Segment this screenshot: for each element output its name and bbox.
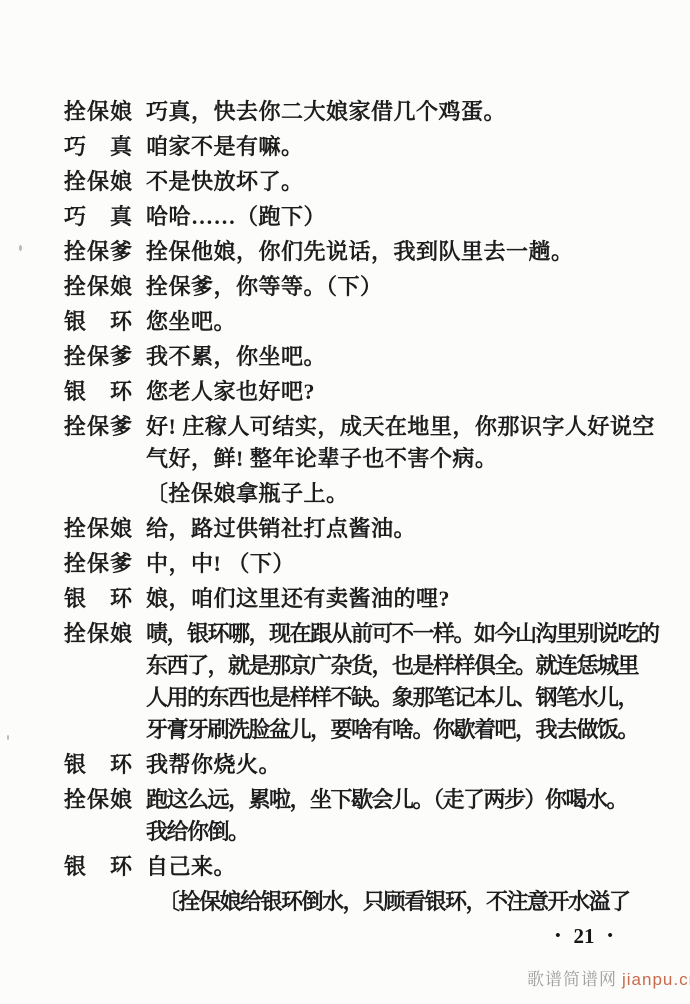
dialogue-row: 拴保娘拴保爹，你等等。（下） <box>64 271 652 303</box>
watermark-site-name: 歌谱简谱网 <box>527 970 617 989</box>
stage-direction-text: 〔拴保娘给银环倒水，只顾看银环，不注意开水溢了 <box>146 886 652 918</box>
dialogue-text: 您老人家也好吧? <box>146 376 652 408</box>
dialogue-text: 拴保爹，你等等。（下） <box>146 271 652 303</box>
speaker-name: 拴保爹 <box>64 236 146 268</box>
dialogue-text: 巧真，快去你二大娘家借几个鸡蛋。 <box>146 96 652 128</box>
text-line: 巧真，快去你二大娘家借几个鸡蛋。 <box>146 96 652 128</box>
text-line: 〔拴保娘拿瓶子上。 <box>146 478 652 510</box>
dialogue-row: 拴保娘跑这么远，累啦，坐下歇会儿。（走了两步）你喝水。我给你倒。 <box>64 784 652 848</box>
page-number-dot-left: • <box>555 926 560 947</box>
dialogue-text: 哈哈……（跑下） <box>146 201 652 233</box>
text-line: 我帮你烧火。 <box>146 749 652 781</box>
dialogue-text: 中，中! （下） <box>146 548 652 580</box>
dialogue-row: 拴保爹我不累，你坐吧。 <box>64 341 652 373</box>
dialogue-text: 不是快放坏了。 <box>146 166 652 198</box>
dialogue-row: 拴保娘给，路过供销社打点酱油。 <box>64 513 652 545</box>
dialogue-text: 您坐吧。 <box>146 306 652 338</box>
dialogue-row: 巧 真哈哈……（跑下） <box>64 201 652 233</box>
text-line: 娘，咱们这里还有卖酱油的哩? <box>146 583 652 615</box>
text-line: 我不累，你坐吧。 <box>146 341 652 373</box>
text-line: 〔拴保娘给银环倒水，只顾看银环，不注意开水溢了 <box>146 886 652 918</box>
watermark-site-url: jianpu.cn <box>622 970 690 989</box>
dialogue-row: 拴保娘啧，银环哪，现在跟从前可不一样。如今山沟里别说吃的东西了，就是那京广杂货，… <box>64 618 652 746</box>
text-line: 拴保爹，你等等。（下） <box>146 271 652 303</box>
script-body: 拴保娘巧真，快去你二大娘家借几个鸡蛋。巧 真咱家不是有嘛。拴保娘不是快放坏了。巧… <box>64 96 652 921</box>
dialogue-row: 拴保娘不是快放坏了。 <box>64 166 652 198</box>
dialogue-text: 给，路过供销社打点酱油。 <box>146 513 652 545</box>
dialogue-text: 拴保他娘，你们先说话，我到队里去一趟。 <box>146 236 652 268</box>
dialogue-row: 巧 真咱家不是有嘛。 <box>64 131 652 163</box>
dialogue-text: 娘，咱们这里还有卖酱油的哩? <box>146 583 652 615</box>
text-line: 人用的东西也是样样不缺。象那笔记本儿、钢笔水儿， <box>146 682 652 714</box>
dialogue-row: 拴保爹拴保他娘，你们先说话，我到队里去一趟。 <box>64 236 652 268</box>
dialogue-row: 银 环您老人家也好吧? <box>64 376 652 408</box>
text-line: 哈哈……（跑下） <box>146 201 652 233</box>
text-line: 气好，鲜! 整年论辈子也不害个病。 <box>146 443 652 475</box>
speaker-name: 银 环 <box>64 583 146 615</box>
text-line: 自己来。 <box>146 851 652 883</box>
speaker-name: 拴保娘 <box>64 271 146 303</box>
text-line: 牙膏牙刷洗脸盆儿，要啥有啥。你歇着吧，我去做饭。 <box>146 714 652 746</box>
speaker-name: 拴保娘 <box>64 96 146 128</box>
dialogue-text: 我不累，你坐吧。 <box>146 341 652 373</box>
page-number: • 21 • <box>534 924 634 949</box>
text-line: 好! 庄稼人可结实，成天在地里，你那识字人好说空 <box>146 411 652 443</box>
dialogue-text: 我帮你烧火。 <box>146 749 652 781</box>
page-number-value: 21 <box>574 924 595 949</box>
speaker-name: 拴保爹 <box>64 341 146 373</box>
dialogue-row: 拴保娘巧真，快去你二大娘家借几个鸡蛋。 <box>64 96 652 128</box>
dialogue-text: 啧，银环哪，现在跟从前可不一样。如今山沟里别说吃的东西了，就是那京广杂货，也是样… <box>146 618 652 746</box>
stage-direction-row: 〔拴保娘给银环倒水，只顾看银环，不注意开水溢了 <box>64 886 652 918</box>
stage-direction-row: 〔拴保娘拿瓶子上。 <box>64 478 652 510</box>
scan-speck <box>7 735 9 740</box>
dialogue-text: 跑这么远，累啦，坐下歇会儿。（走了两步）你喝水。我给你倒。 <box>146 784 652 848</box>
text-line: 您坐吧。 <box>146 306 652 338</box>
speaker-name: 拴保娘 <box>64 513 146 545</box>
speaker-name: 拴保爹 <box>64 548 146 580</box>
text-line: 给，路过供销社打点酱油。 <box>146 513 652 545</box>
scanned-page: 拴保娘巧真，快去你二大娘家借几个鸡蛋。巧 真咱家不是有嘛。拴保娘不是快放坏了。巧… <box>0 0 690 1004</box>
speaker-name: 拴保爹 <box>64 411 146 443</box>
dialogue-text: 自己来。 <box>146 851 652 883</box>
text-line: 您老人家也好吧? <box>146 376 652 408</box>
text-line: 我给你倒。 <box>146 816 652 848</box>
page-number-dot-right: • <box>608 926 613 947</box>
speaker-name: 银 环 <box>64 749 146 781</box>
speaker-name: 拴保娘 <box>64 618 146 650</box>
speaker-name: 银 环 <box>64 306 146 338</box>
text-line: 拴保他娘，你们先说话，我到队里去一趟。 <box>146 236 652 268</box>
text-line: 跑这么远，累啦，坐下歇会儿。（走了两步）你喝水。 <box>146 784 652 816</box>
dialogue-row: 拴保爹好! 庄稼人可结实，成天在地里，你那识字人好说空气好，鲜! 整年论辈子也不… <box>64 411 652 475</box>
speaker-name: 巧 真 <box>64 131 146 163</box>
text-line: 不是快放坏了。 <box>146 166 652 198</box>
speaker-name: 巧 真 <box>64 201 146 233</box>
scan-speck <box>19 245 22 251</box>
text-line: 中，中! （下） <box>146 548 652 580</box>
dialogue-row: 拴保爹中，中! （下） <box>64 548 652 580</box>
text-line: 东西了，就是那京广杂货，也是样样俱全。就连恁城里 <box>146 650 652 682</box>
text-line: 啧，银环哪，现在跟从前可不一样。如今山沟里别说吃的 <box>146 618 652 650</box>
dialogue-row: 银 环自己来。 <box>64 851 652 883</box>
dialogue-row: 银 环娘，咱们这里还有卖酱油的哩? <box>64 583 652 615</box>
stage-direction-text: 〔拴保娘拿瓶子上。 <box>146 478 652 510</box>
speaker-name: 银 环 <box>64 376 146 408</box>
speaker-name: 拴保娘 <box>64 784 146 816</box>
text-line: 咱家不是有嘛。 <box>146 131 652 163</box>
speaker-name: 银 环 <box>64 851 146 883</box>
dialogue-row: 银 环我帮你烧火。 <box>64 749 652 781</box>
dialogue-row: 银 环您坐吧。 <box>64 306 652 338</box>
dialogue-text: 咱家不是有嘛。 <box>146 131 652 163</box>
speaker-name: 拴保娘 <box>64 166 146 198</box>
dialogue-text: 好! 庄稼人可结实，成天在地里，你那识字人好说空气好，鲜! 整年论辈子也不害个病… <box>146 411 652 475</box>
watermark: 歌谱简谱网jianpu.cn <box>527 965 690 990</box>
